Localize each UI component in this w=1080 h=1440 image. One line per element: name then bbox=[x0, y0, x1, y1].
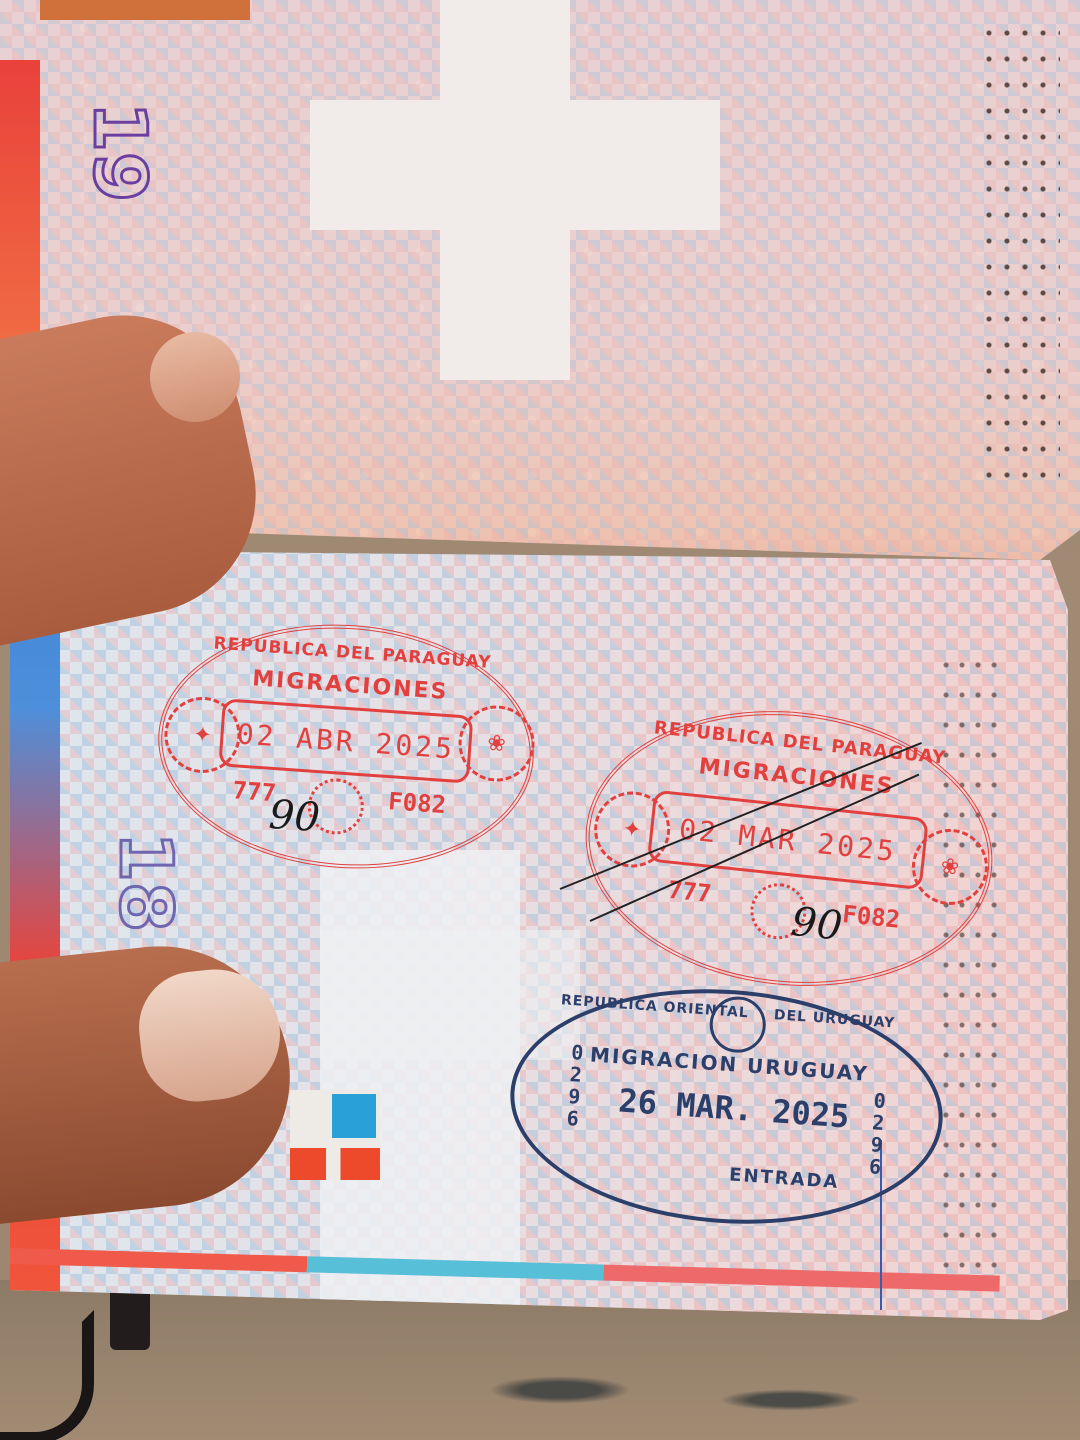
stamp-date: 26 MAR. 2025 bbox=[603, 1080, 865, 1136]
handwritten-days: 90 bbox=[789, 899, 844, 950]
stamp-left-code: 777 bbox=[667, 876, 713, 908]
cross-motif-horizontal bbox=[310, 100, 720, 230]
perforation-dots bbox=[980, 20, 1060, 480]
stamp-date: 02 ABR 2025 bbox=[218, 698, 473, 783]
perforation-dots bbox=[938, 650, 998, 1270]
cross-motif-vertical bbox=[320, 850, 520, 1320]
page-number-top: 19 bbox=[78, 102, 162, 202]
stamp-right-code: F082 bbox=[387, 787, 447, 819]
stamp-entry-type: ENTRADA bbox=[729, 1164, 841, 1193]
pixel-flag-motif bbox=[290, 1090, 380, 1180]
top-decoration bbox=[40, 0, 250, 20]
handwritten-days: 90 bbox=[267, 792, 321, 841]
stamp-right-code: F082 bbox=[841, 900, 901, 934]
stamp-side-code-right: 0296 bbox=[864, 1089, 890, 1178]
page-number-bottom: 18 bbox=[104, 832, 188, 932]
